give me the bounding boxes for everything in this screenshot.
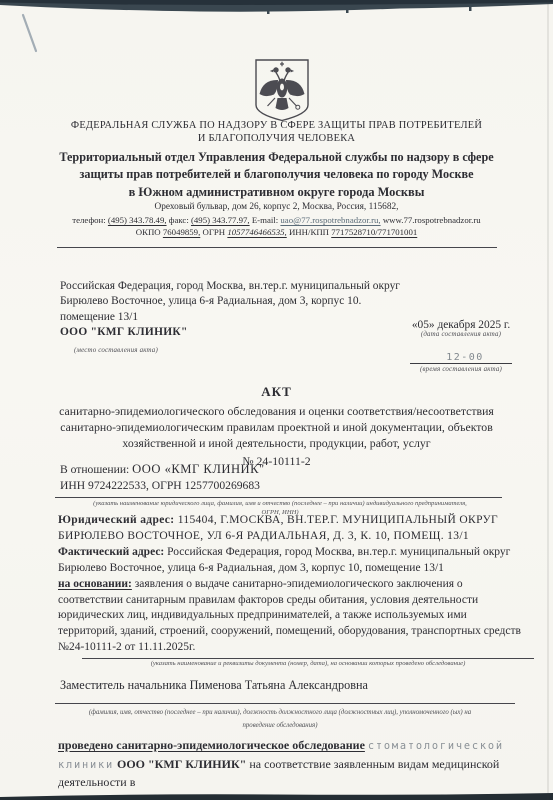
place-caption: (место составления акта) [74,343,400,358]
inspector-name: Заместитель начальника Пименова Татьяна … [60,678,520,693]
header-postal-address: Ореховый бульвар, дом 26, корпус 2, Моск… [0,202,553,212]
pen-mark [19,13,43,55]
conclusion-organization: ООО "КМГ КЛИНИК" [117,757,246,771]
okpo-value: 76049859, [163,227,200,237]
ogrn-value: 1057746466535, [227,227,286,237]
legal-address: Юридический адрес: 115404, Г.МОСКВА, ВН.… [58,513,526,545]
actual-address: Фактический адрес: Российская Федерация,… [58,545,526,577]
act-title-block: АКТ санитарно-эпидемиологического обслед… [0,384,553,469]
subject-label: В отношении: [60,463,129,476]
conclusion-paragraph: проведено санитарно-эпидемиологическое о… [58,737,526,792]
coat-of-arms-icon [251,57,313,124]
act-subtitle-line: санитарно-эпидемиологическим правилам пр… [0,419,553,435]
subject-caption-line: (указать наименование юридического лица,… [30,500,530,509]
phone-label: телефон: [72,215,105,225]
basis-caption: (указать наименование и реквизиты докуме… [82,660,534,667]
basis-paragraph: на основании: заявления о выдаче санитар… [58,577,526,657]
subject-divider [55,497,502,498]
act-time-row: 12-00 [385,351,537,364]
subject-line: В отношении: ООО «КМГ КЛИНИК" [60,461,520,478]
organization-name: ООО "КМГ КЛИНИК" [60,325,400,340]
actual-address-label: Фактический адрес: [58,546,164,558]
header-divider [57,247,497,248]
place-block: Российская Федерация, город Москва, вн.т… [60,279,400,358]
act-time: 12-00 [444,352,486,364]
inspector-divider [55,703,515,704]
date-caption: (дата составления акта) [385,331,537,338]
inspector-caption: (фамилия, имя, отчество (последнее – при… [30,706,530,732]
innkpp-label: ИНН/КПП [289,227,329,237]
conclusion-underlined: проведено санитарно-эпидемиологическое о… [58,738,365,752]
date-block: «05» декабря 2025 г. (дата составления а… [385,319,537,373]
fax-label: факс: [169,215,189,225]
time-caption: (время составления акта) [385,366,537,373]
header-district: в Южном административном округе города М… [38,185,515,200]
act-subtitle: санитарно-эпидемиологического обследован… [0,403,553,452]
scan-edge-top [0,0,553,18]
act-subtitle-line: санитарно-эпидемиологического обследован… [0,403,553,419]
ogrn-label: ОГРН [202,227,225,237]
time-rule-left [410,352,444,364]
header-department: Территориальный отдел Управления Федерал… [38,149,515,182]
act-subtitle-line: хозяйственной и иной деятельности, проду… [0,435,553,451]
header-codes-line: ОКПО 76049859, ОГРН 1057746466535, ИНН/К… [0,227,553,237]
phone-number: (495) 343.78.49, [108,215,167,225]
fax-number: (495) 343.77.97, [191,215,250,225]
email-address: uao@77.rospotrebnadzor.ru, [280,215,380,225]
act-title: АКТ [0,384,553,400]
subject-codes: ИНН 9724222533, ОГРН 1257700269683 [60,478,520,494]
place-line: Российская Федерация, город Москва, вн.т… [60,279,400,294]
email-label: E-mail: [252,215,278,225]
header-agency: ФЕДЕРАЛЬНАЯ СЛУЖБА ПО НАДЗОРУ В СФЕРЕ ЗА… [66,120,487,146]
basis-divider [82,658,534,659]
inspector-caption-line: проведение обследования) [30,719,530,732]
website: www.77.rospotrebnadzor.ru [383,215,481,225]
legal-address-label: Юридический адрес: [58,514,174,526]
place-line: Бирюлево Восточное, улица 6-я Радиальная… [60,294,400,309]
subject-organization: ООО «КМГ КЛИНИК" [132,462,265,476]
header-contacts-line: телефон: (495) 343.78.49, факс: (495) 34… [0,215,553,225]
body-block: Юридический адрес: 115404, Г.МОСКВА, ВН.… [58,513,526,656]
okpo-label: ОКПО [136,227,161,237]
innkpp-value: 7717528710/771701001 [331,227,417,237]
place-line: помещение 13/1 [60,310,400,325]
time-rule-right [486,352,512,364]
inspector-caption-line: (фамилия, имя, отчество (последнее – при… [30,706,530,719]
scan-edge-bottom [0,790,553,800]
subject-block: В отношении: ООО «КМГ КЛИНИК" ИНН 972422… [60,461,520,494]
basis-label: на основании: [58,578,132,590]
scanned-act-document: ФЕДЕРАЛЬНАЯ СЛУЖБА ПО НАДЗОРУ В СФЕРЕ ЗА… [0,0,553,800]
act-date: «05» декабря 2025 г. [385,319,537,331]
